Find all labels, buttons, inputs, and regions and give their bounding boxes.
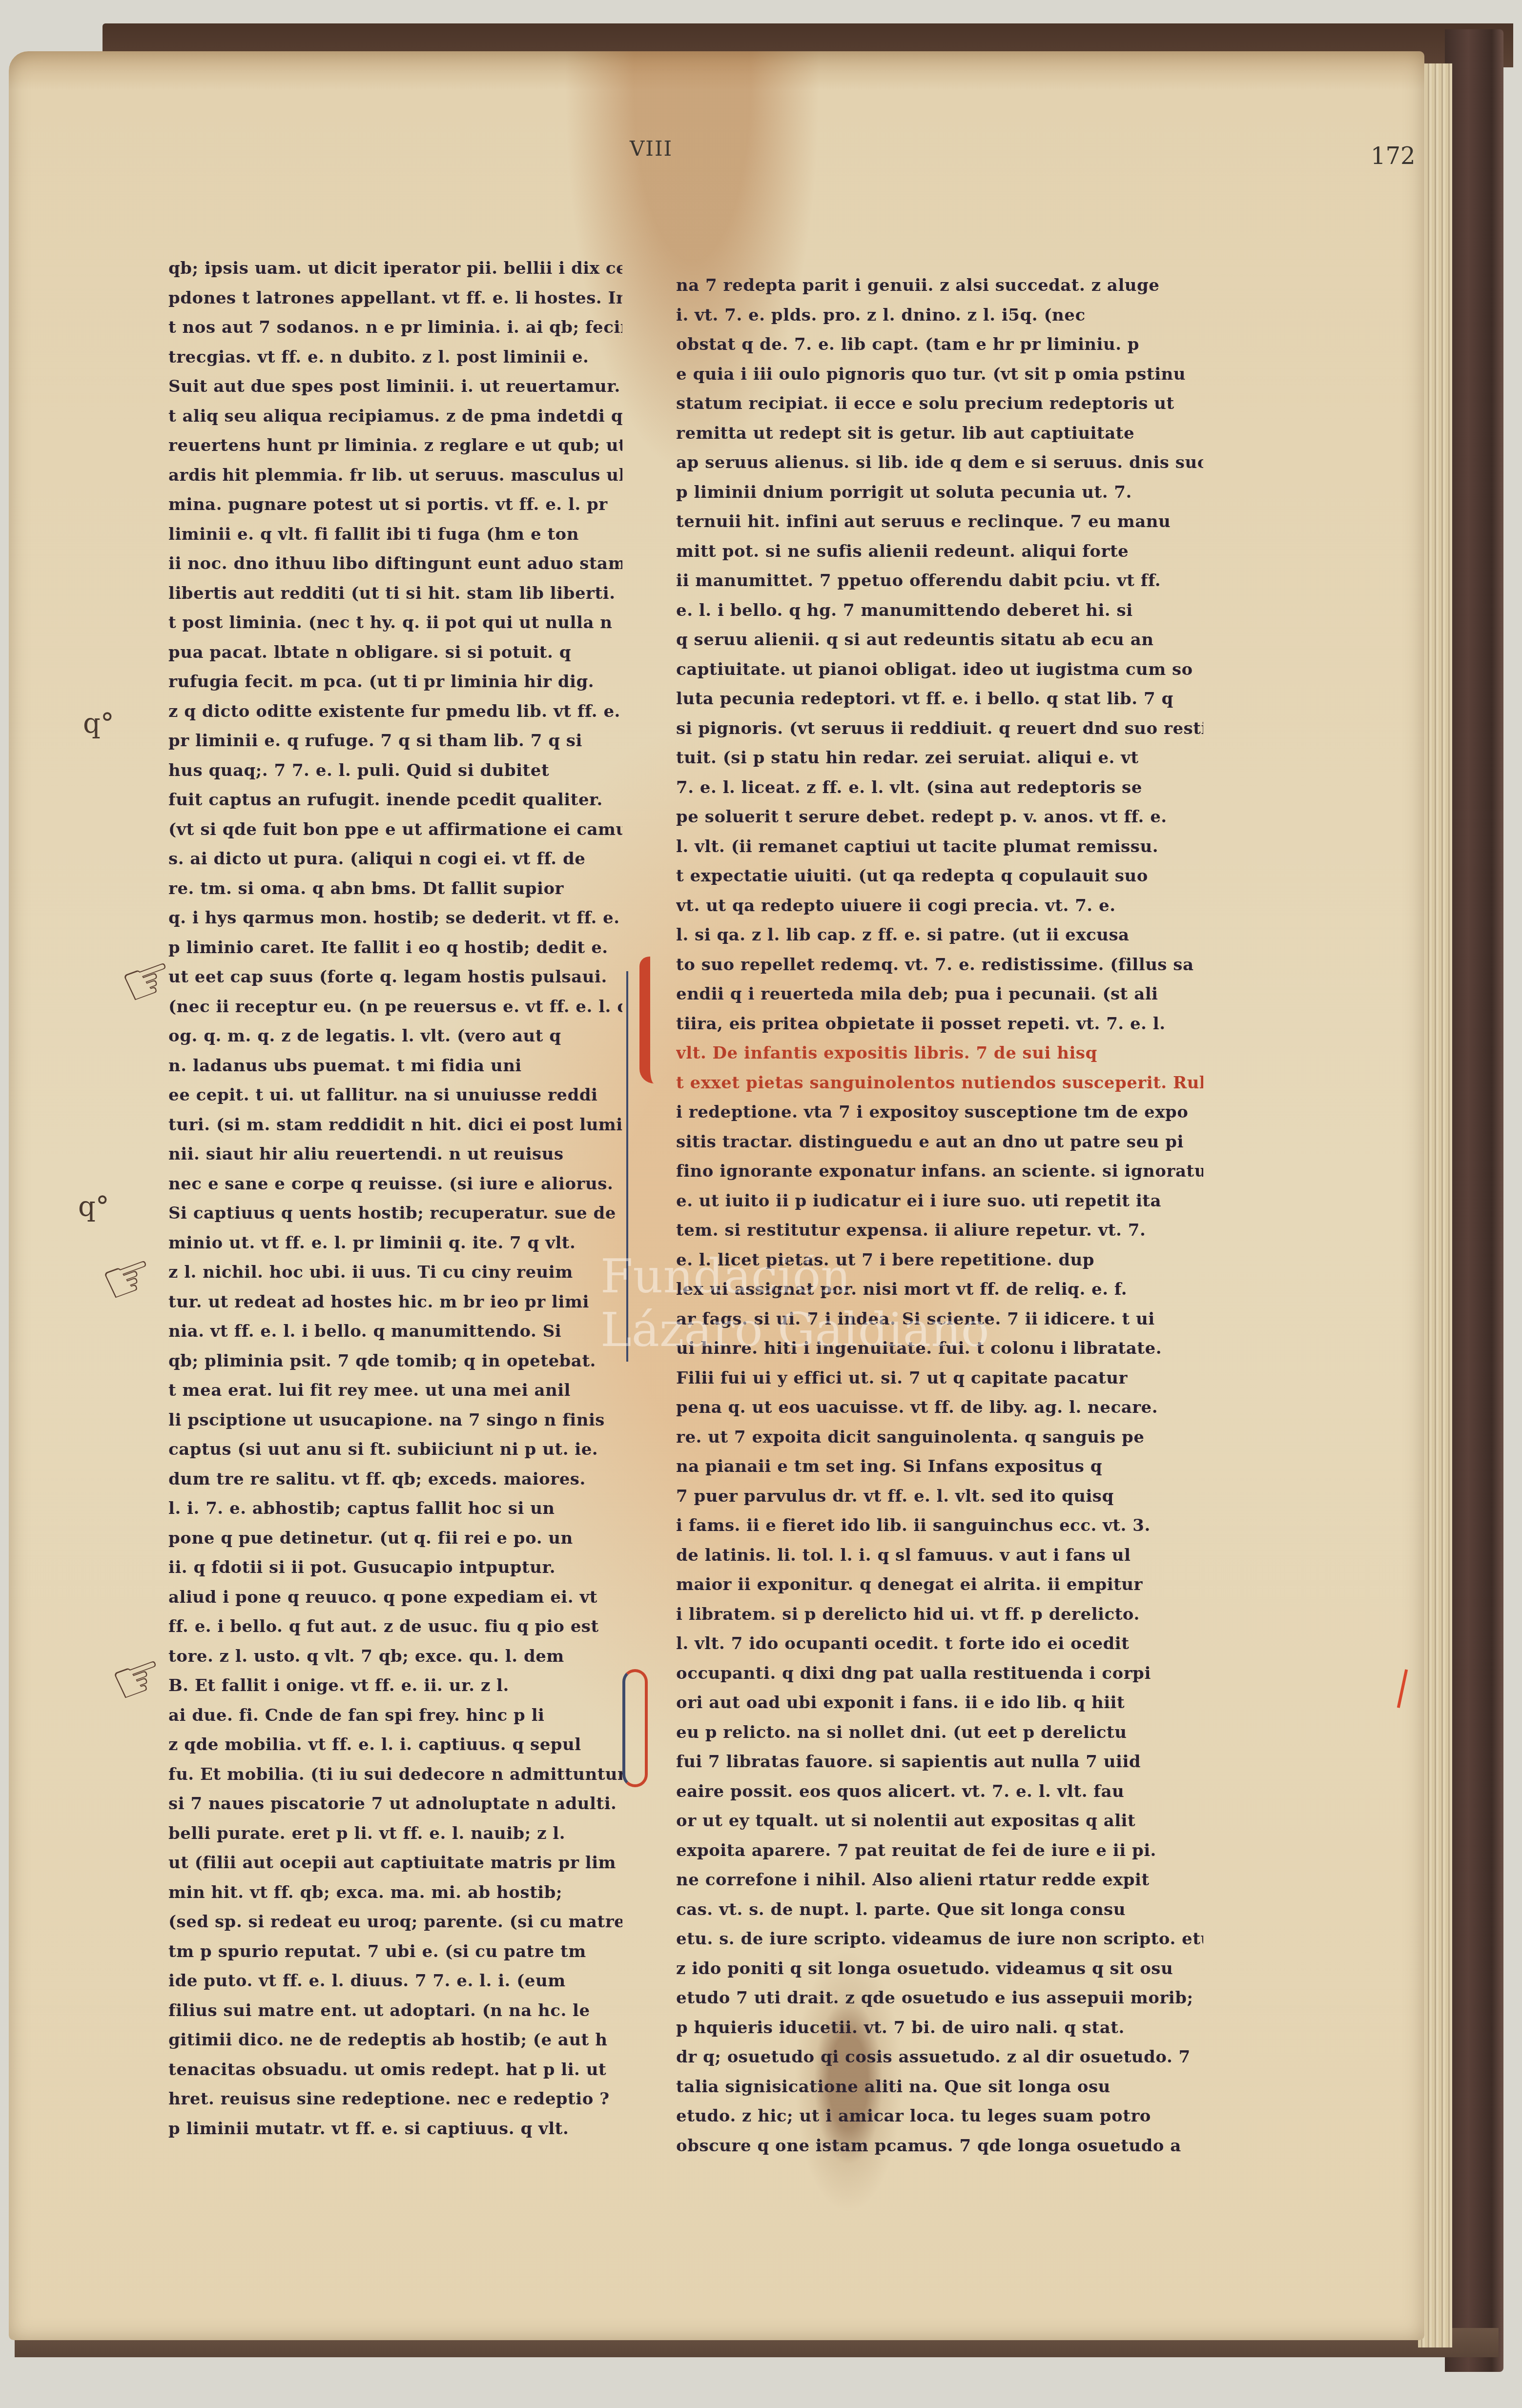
text-line: ee cepit. t ui. ut fallitur. na si unuiu…	[168, 1081, 622, 1110]
initial-penwork-flourish	[626, 971, 628, 1362]
text-line: z l. nichil. hoc ubi. ii uus. Ti cu ciny…	[168, 1258, 622, 1287]
text-line: l. vlt. 7 ido ocupanti ocedit. t forte i…	[676, 1629, 1203, 1659]
text-line: nec e sane e corpe q reuisse. (si iure e…	[168, 1169, 622, 1199]
text-line: q seruu alienii. q si aut redeuntis sita…	[676, 625, 1203, 655]
text-line: tm p spurio reputat. 7 ubi e. (si cu pat…	[168, 1937, 622, 1967]
text-line: maior ii exponitur. q denegat ei alrita.…	[676, 1570, 1203, 1600]
text-line: vt. ut qa redepto uiuere ii cogi precia.…	[676, 891, 1203, 921]
text-line: t aliq seu aliqua recipiamus. z de pma i…	[168, 402, 622, 431]
text-line: etudo 7 uti drait. z qde osuetudo e ius …	[676, 1983, 1203, 2013]
binding-spine-edge	[1445, 29, 1503, 2372]
text-line: filius sui matre ent. ut adoptari. (n na…	[168, 1996, 622, 2026]
text-line: or ut ey tqualt. ut si nolentii aut expo…	[676, 1806, 1203, 1836]
text-line: rufugia fecit. m pca. (ut ti pr liminia …	[168, 667, 622, 697]
text-line: tore. z l. usto. q vlt. 7 qb; exce. qu. …	[168, 1642, 622, 1672]
text-line: re. ut 7 expoita dicit sanguinolenta. q …	[676, 1423, 1203, 1452]
text-line: t post liminia. (nec t hy. q. ii pot qui…	[168, 608, 622, 638]
text-line: statum recipiat. ii ecce e solu precium …	[676, 389, 1203, 419]
text-line: fino ignorante exponatur infans. an scie…	[676, 1157, 1203, 1186]
text-line: s. ai dicto ut pura. (aliqui n cogi ei. …	[168, 844, 622, 874]
text-line: aliud i pone q reuuco. q pone expediam e…	[168, 1583, 622, 1612]
text-column-left: qb; ipsis uam. ut dicit iperator pii. be…	[168, 254, 622, 2143]
text-line: 7 puer parvulus dr. vt ff. e. l. vlt. se…	[676, 1482, 1203, 1511]
text-line: nii. siaut hir aliu reuertendi. n ut reu…	[168, 1140, 622, 1169]
text-line: cas. vt. s. de nupt. l. parte. Que sit l…	[676, 1895, 1203, 1925]
text-line: fuit captus an rufugit. inende pcedit qu…	[168, 785, 622, 815]
text-line: z q dicto oditte existente fur pmedu lib…	[168, 697, 622, 727]
text-line: liminii e. q vlt. fi fallit ibi ti fuga …	[168, 520, 622, 550]
text-line: de latinis. li. tol. l. i. q sl famuus. …	[676, 1541, 1203, 1571]
text-line: captiuitate. ut pianoi obligat. ideo ut …	[676, 655, 1203, 685]
text-line: libertis aut redditi (ut ti si hit. stam…	[168, 579, 622, 609]
text-line: t nos aut 7 sodanos. n e pr liminia. i. …	[168, 313, 622, 343]
text-line: na pianaii e tm set ing. Si Infans expos…	[676, 1452, 1203, 1482]
text-line: i redeptione. vta 7 i expositoy suscepti…	[676, 1098, 1203, 1127]
text-line: mitt pot. si ne sufis alienii redeunt. a…	[676, 537, 1203, 567]
text-line: (nec ii receptur eu. (n pe reuersus e. v…	[168, 992, 622, 1022]
text-line: luta pecunia redeptori. vt ff. e. i bell…	[676, 684, 1203, 714]
text-line: ff. e. i bello. q fut aut. z de usuc. fi…	[168, 1612, 622, 1642]
text-line: nia. vt ff. e. l. i bello. q manumittend…	[168, 1317, 622, 1347]
text-line: i fams. ii e fieret ido lib. ii sanguinc…	[676, 1511, 1203, 1541]
text-line: ii noc. dno ithuu libo diftingunt eunt a…	[168, 549, 622, 579]
text-line: e. l. licet pietas. ut 7 i bere repetiti…	[676, 1245, 1203, 1275]
text-line: etudo. z hic; ut i amicar loca. tu leges…	[676, 2102, 1203, 2131]
text-line: gitimii dico. ne de redeptis ab hostib; …	[168, 2025, 622, 2055]
text-line: tur. ut redeat ad hostes hic. m br ieo p…	[168, 1287, 622, 1317]
text-line: captus (si uut anu si ft. subiiciunt ni …	[168, 1435, 622, 1465]
text-line: eu p relicto. na si nollet dni. (ut eet …	[676, 1718, 1203, 1748]
text-line: q. i hys qarmus mon. hostib; se dederit.…	[168, 903, 622, 933]
text-line: og. q. m. q. z de legatis. l. vlt. (vero…	[168, 1021, 622, 1051]
text-line: li psciptione ut usucapione. na 7 singo …	[168, 1406, 622, 1435]
text-line: mina. pugnare potest ut si portis. vt ff…	[168, 490, 622, 520]
text-line: occupanti. q dixi dng pat ualla restitue…	[676, 1659, 1203, 1689]
text-column-right: na 7 redepta parit i genuii. z alsi succ…	[676, 271, 1203, 2161]
text-line: expoita aparere. 7 pat reuitat de fei de…	[676, 1836, 1203, 1866]
text-line: ap seruus alienus. si lib. ide q dem e s…	[676, 448, 1203, 478]
text-line: na 7 redepta parit i genuii. z alsi succ…	[676, 271, 1203, 301]
text-line: tiira, eis pritea obpietate ii posset re…	[676, 1009, 1203, 1039]
text-line: t mea erat. lui fit rey mee. ut una mei …	[168, 1376, 622, 1406]
text-line: tenacitas obsuadu. ut omis redept. hat p…	[168, 2055, 622, 2085]
text-line: ar fags. si ui. 7 i indea. Si sciente. 7…	[676, 1305, 1203, 1334]
text-line: turi. (si m. stam reddidit n hit. dici e…	[168, 1110, 622, 1140]
text-line: endii q i reuerteda mila deb; pua i pecu…	[676, 980, 1203, 1009]
text-line: ii. q fdotii si ii pot. Gusucapio intpup…	[168, 1553, 622, 1583]
text-line: to suo repellet redemq. vt. 7. e. redist…	[676, 950, 1203, 980]
text-line: l. i. 7. e. abhostib; captus fallit hoc …	[168, 1494, 622, 1524]
text-line: p liminii mutatr. vt ff. e. si captiuus.…	[168, 2114, 622, 2144]
text-line: p hquieris iducetii. vt. 7 bi. de uiro n…	[676, 2013, 1203, 2043]
text-line: obstat q de. 7. e. lib capt. (tam e hr p…	[676, 330, 1203, 360]
text-line: qb; pliminia psit. 7 qde tomib; q in ope…	[168, 1347, 622, 1376]
text-line: ai due. fi. Cnde de fan spi frey. hinc p…	[168, 1701, 622, 1731]
text-line: t expectatie uiuiti. (ut qa redepta q co…	[676, 861, 1203, 891]
text-line: 7. e. l. liceat. z ff. e. l. vlt. (sina …	[676, 773, 1203, 803]
text-line: ut eet cap suus (forte q. legam hostis p…	[168, 962, 622, 992]
text-line: tuit. (si p statu hin redar. zei seruiat…	[676, 743, 1203, 773]
text-line: pua pacat. lbtate n obligare. si si potu…	[168, 638, 622, 668]
text-line: min hit. vt ff. qb; exca. ma. mi. ab hos…	[168, 1878, 622, 1908]
text-line: Si captiuus q uents hostib; recuperatur.…	[168, 1199, 622, 1228]
marginal-note-questio: q°	[78, 1191, 109, 1223]
text-line: sitis tractar. distinguedu e aut an dno …	[676, 1127, 1203, 1157]
text-line: fu. Et mobilia. (ti iu sui dedecore n ad…	[168, 1760, 622, 1790]
text-line: i. vt. 7. e. plds. pro. z l. dnino. z l.…	[676, 301, 1203, 330]
marginal-note-questio: q°	[83, 708, 114, 739]
text-line: hus quaq;. 7 7. e. l. puli. Quid si dubi…	[168, 756, 622, 786]
text-line: eaire possit. eos quos alicert. vt. 7. e…	[676, 1777, 1203, 1807]
text-line: z ido poniti q sit longa osuetudo. videa…	[676, 1954, 1203, 1984]
text-line: belli purate. eret p li. vt ff. e. l. na…	[168, 1819, 622, 1849]
text-line: ii manumittet. 7 ppetuo offerendu dabit …	[676, 566, 1203, 596]
text-line: dum tre re salitu. vt ff. qb; exceds. ma…	[168, 1465, 622, 1494]
text-line: ne correfone i nihil. Also alieni rtatur…	[676, 1865, 1203, 1895]
text-line: reuertens hunt pr liminia. z reglare e u…	[168, 431, 622, 461]
text-line: ui hinre. hiti i ingenuitate. fui. t col…	[676, 1334, 1203, 1364]
text-line: ide puto. vt ff. e. l. diuus. 7 7. e. l.…	[168, 1966, 622, 1996]
text-line: talia signisicatione aliti na. Que sit l…	[676, 2072, 1203, 2102]
decorated-initial-C	[622, 1669, 648, 1787]
text-line: (sed sp. si redeat eu uroq; parente. (si…	[168, 1907, 622, 1937]
text-line: B. Et fallit i onige. vt ff. e. ii. ur. …	[168, 1671, 622, 1701]
text-line: pe soluerit t serure debet. redept p. v.…	[676, 802, 1203, 832]
text-line: ternuii hit. infini aut seruus e reclinq…	[676, 507, 1203, 537]
text-line: si pignoris. (vt seruus ii reddiuit. q r…	[676, 714, 1203, 744]
text-line: remitta ut redept sit is getur. lib aut …	[676, 419, 1203, 449]
text-line: ori aut oad ubi exponit i fans. ii e ido…	[676, 1688, 1203, 1718]
text-line: p liminii dnium porrigit ut soluta pecun…	[676, 478, 1203, 508]
text-line: n. ladanus ubs puemat. t mi fidia uni	[168, 1051, 622, 1081]
text-line: pena q. ut eos uacuisse. vt ff. de liby.…	[676, 1393, 1203, 1423]
text-line: Filii fui ui y effici ut. si. 7 ut q cap…	[676, 1364, 1203, 1393]
text-line: obscure q one istam pcamus. 7 qde longa …	[676, 2131, 1203, 2161]
text-line: pone q pue detinetur. (ut q. fii rei e p…	[168, 1524, 622, 1553]
text-line: pdones t latrones appellant. vt ff. e. l…	[168, 284, 622, 313]
text-line: qb; ipsis uam. ut dicit iperator pii. be…	[168, 254, 622, 284]
text-line: z qde mobilia. vt ff. e. l. i. captiuus.…	[168, 1730, 622, 1760]
text-line: ut (filii aut ocepii aut captiuitate mat…	[168, 1848, 622, 1878]
text-line: ardis hit plemmia. fr lib. ut seruus. ma…	[168, 461, 622, 490]
decorated-initial-U	[639, 957, 684, 1083]
text-line: p liminio caret. Ite fallit i eo q hosti…	[168, 933, 622, 963]
text-line: lex ui assignat por. nisi mort vt ff. de…	[676, 1275, 1203, 1305]
text-line: l. vlt. (ii remanet captiui ut tacite pl…	[676, 832, 1203, 862]
text-line: hret. reuisus sine redeptione. nec e red…	[168, 2084, 622, 2114]
text-line: fui 7 libratas fauore. si sapientis aut …	[676, 1747, 1203, 1777]
text-line: vlt. De infantis expositis libris. 7 de …	[676, 1039, 1203, 1068]
text-line: re. tm. si oma. q abn bms. Dt fallit sup…	[168, 874, 622, 904]
text-line: l. si qa. z l. lib cap. z ff. e. si patr…	[676, 920, 1203, 950]
text-line: e. l. i bello. q hg. 7 manumittendo debe…	[676, 596, 1203, 626]
text-line: tem. si restitutur expensa. ii aliure re…	[676, 1216, 1203, 1245]
text-line: e quia i iii oulo pignoris quo tur. (vt …	[676, 360, 1203, 389]
text-line: minio ut. vt ff. e. l. pr liminii q. ite…	[168, 1228, 622, 1258]
text-line: pr liminii e. q rufuge. 7 q si tham lib.…	[168, 726, 622, 756]
text-line: (vt si qde fuit bon ppe e ut affirmation…	[168, 815, 622, 845]
text-line: i libratem. si p derelicto hid ui. vt ff…	[676, 1600, 1203, 1630]
text-line: dr q; osuetudo qi cosis assuetudo. z al …	[676, 2042, 1203, 2072]
folio-number: 172	[1371, 143, 1416, 170]
running-head: VIII	[630, 137, 673, 161]
text-line: e. ut iuito ii p iudicatur ei i iure suo…	[676, 1186, 1203, 1216]
text-line: si 7 naues piscatorie 7 ut adnoluptate n…	[168, 1789, 622, 1819]
text-line: trecgias. vt ff. e. n dubito. z l. post …	[168, 343, 622, 372]
text-line: t exxet pietas sanguinolentos nutiendos …	[676, 1068, 1203, 1098]
text-line: etu. s. de iure scripto. videamus de iur…	[676, 1924, 1203, 1954]
text-line: Suit aut due spes post liminii. i. ut re…	[168, 372, 622, 402]
